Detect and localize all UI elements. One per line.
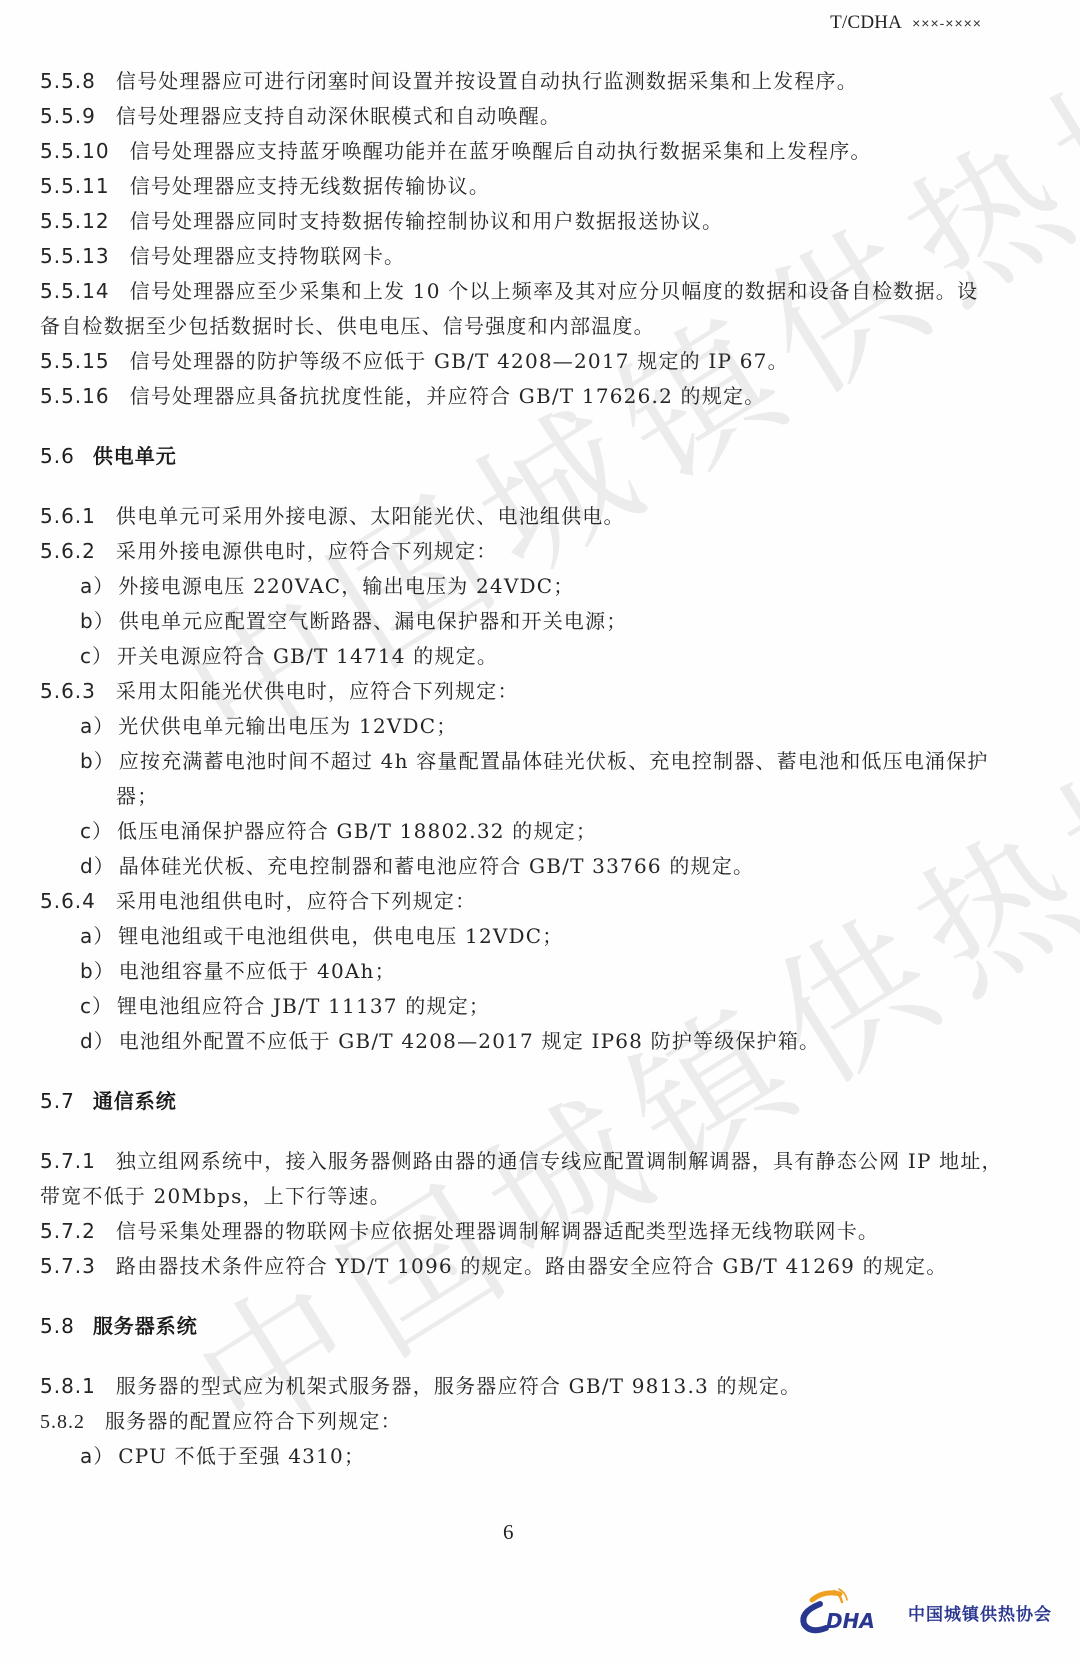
- clause-5-5-9: 5.5.9信号处理器应支持自动深休眠模式和自动唤醒。: [40, 99, 1040, 134]
- clause-number: 5.5.8: [40, 64, 96, 99]
- list-item: d）电池组外配置不应低于 GB/T 4208—2017 规定 IP68 防护等级…: [40, 1024, 1040, 1059]
- clause-5-8-2: 5.8.2服务器的配置应符合下列规定：: [40, 1404, 1040, 1439]
- list-item: c）锂电池组应符合 JB/T 11137 的规定；: [40, 989, 1040, 1024]
- clause-text: 采用太阳能光伏供电时，应符合下列规定：: [116, 679, 519, 703]
- list-item: c）开关电源应符合 GB/T 14714 的规定。: [40, 639, 1040, 674]
- list-label: d）: [80, 849, 115, 884]
- clause-5-6-1: 5.6.1供电单元可采用外接电源、太阳能光伏、电池组供电。: [40, 499, 1040, 534]
- svg-text:DHA: DHA: [826, 1609, 875, 1633]
- clause-5-7-1-cont: 带宽不低于 20Mbps，上下行等速。: [40, 1179, 1040, 1214]
- clause-5-5-13: 5.5.13信号处理器应支持物联网卡。: [40, 239, 1040, 274]
- association-logo: DHA 中国城镇供热协会: [790, 1585, 1070, 1640]
- list-text: 晶体硅光伏板、充电控制器和蓄电池应符合 GB/T 33766 的规定。: [119, 854, 754, 878]
- clause-number: 5.5.11: [40, 169, 110, 204]
- section-title: 供电单元: [93, 444, 177, 468]
- list-label: d）: [80, 1024, 115, 1059]
- clause-5-5-11: 5.5.11信号处理器应支持无线数据传输协议。: [40, 169, 1040, 204]
- list-label: b）: [80, 604, 115, 639]
- clause-5-6-2: 5.6.2采用外接电源供电时，应符合下列规定：: [40, 534, 1040, 569]
- list-item: b）电池组容量不应低于 40Ah；: [40, 954, 1040, 989]
- clause-text: 信号处理器应具备抗扰度性能，并应符合 GB/T 17626.2 的规定。: [130, 384, 766, 408]
- document-page: 中国城镇供热协会 中国城镇供热协会 T/CDHA×××-×××× 5.5.8信号…: [0, 0, 1080, 1664]
- clause-number: 5.5.9: [40, 99, 96, 134]
- clause-text: 采用电池组供电时，应符合下列规定：: [116, 889, 476, 913]
- clause-number: 5.6.3: [40, 674, 96, 709]
- list-label: b）: [80, 954, 115, 989]
- list-text: 开关电源应符合 GB/T 14714 的规定。: [117, 644, 498, 668]
- clause-number: 5.7.2: [40, 1214, 96, 1249]
- section-title: 服务器系统: [93, 1314, 198, 1338]
- list-text: CPU 不低于至强 4310；: [118, 1444, 365, 1468]
- clause-number: 5.7.1: [40, 1144, 96, 1179]
- clause-text: 信号处理器应可进行闭塞时间设置并按设置自动执行监测数据采集和上发程序。: [116, 69, 858, 93]
- clause-number: 5.5.16: [40, 379, 110, 414]
- standard-number: ×××-××××: [912, 15, 982, 31]
- section-heading-5-6: 5.6供电单元: [40, 439, 1040, 474]
- clause-text: 信号处理器应支持物联网卡。: [130, 244, 406, 268]
- clause-number: 5.5.10: [40, 134, 110, 169]
- document-body: 5.5.8信号处理器应可进行闭塞时间设置并按设置自动执行监测数据采集和上发程序。…: [40, 64, 1040, 1474]
- list-label: a）: [80, 1439, 114, 1474]
- clause-5-8-1: 5.8.1服务器的型式应为机架式服务器，服务器应符合 GB/T 9813.3 的…: [40, 1369, 1040, 1404]
- clause-text: 服务器的配置应符合下列规定：: [105, 1409, 402, 1433]
- clause-text: 供电单元可采用外接电源、太阳能光伏、电池组供电。: [116, 504, 625, 528]
- clause-5-7-1: 5.7.1独立组网系统中，接入服务器侧路由器的通信专线应配置调制解调器，具有静态…: [40, 1144, 1040, 1179]
- list-text: 电池组外配置不应低于 GB/T 4208—2017 规定 IP68 防护等级保护…: [119, 1029, 821, 1053]
- list-item: b）应按充满蓄电池时间不超过 4h 容量配置晶体硅光伏板、充电控制器、蓄电池和低…: [40, 744, 1040, 779]
- list-item: c）低压电涌保护器应符合 GB/T 18802.32 的规定；: [40, 814, 1040, 849]
- list-item: a）CPU 不低于至强 4310；: [40, 1439, 1040, 1474]
- clause-text: 采用外接电源供电时，应符合下列规定：: [116, 539, 498, 563]
- standard-header: T/CDHA×××-××××: [830, 12, 982, 34]
- clause-number: 5.8.2: [40, 1405, 85, 1440]
- clause-number: 5.5.14: [40, 274, 110, 309]
- clause-number: 5.5.13: [40, 239, 110, 274]
- clause-number: 5.7.3: [40, 1249, 96, 1284]
- clause-text: 信号处理器的防护等级不应低于 GB/T 4208—2017 规定的 IP 67。: [130, 349, 789, 373]
- list-label: c）: [80, 814, 113, 849]
- page-number: 6: [503, 1520, 514, 1545]
- clause-text: 路由器技术条件应符合 YD/T 1096 的规定。路由器安全应符合 GB/T 4…: [116, 1254, 948, 1278]
- standard-code: T/CDHA: [830, 12, 902, 33]
- list-item: b）供电单元应配置空气断路器、漏电保护器和开关电源；: [40, 604, 1040, 639]
- clause-5-5-14-cont: 备自检数据至少包括数据时长、供电电压、信号强度和内部温度。: [40, 309, 1040, 344]
- list-label: a）: [80, 709, 114, 744]
- list-item-continued: 器；: [40, 779, 1040, 814]
- clause-5-5-10: 5.5.10信号处理器应支持蓝牙唤醒功能并在蓝牙唤醒后自动执行数据采集和上发程序…: [40, 134, 1040, 169]
- list-item: a）锂电池组或干电池组供电，供电电压 12VDC；: [40, 919, 1040, 954]
- list-text: 供电单元应配置空气断路器、漏电保护器和开关电源；: [119, 609, 628, 633]
- clause-number: 5.6.1: [40, 499, 96, 534]
- section-number: 5.7: [40, 1084, 75, 1119]
- section-heading-5-8: 5.8服务器系统: [40, 1309, 1040, 1344]
- clause-text: 信号处理器应支持无线数据传输协议。: [130, 174, 490, 198]
- list-text: 锂电池组或干电池组供电，供电电压 12VDC；: [118, 924, 563, 948]
- clause-text: 服务器的型式应为机架式服务器，服务器应符合 GB/T 9813.3 的规定。: [116, 1374, 801, 1398]
- clause-number: 5.8.1: [40, 1369, 96, 1404]
- clause-5-6-3: 5.6.3采用太阳能光伏供电时，应符合下列规定：: [40, 674, 1040, 709]
- list-text: 低压电涌保护器应符合 GB/T 18802.32 的规定；: [117, 819, 597, 843]
- list-text: 应按充满蓄电池时间不超过 4h 容量配置晶体硅光伏板、充电控制器、蓄电池和低压电…: [119, 749, 989, 773]
- clause-text: 信号处理器应支持蓝牙唤醒功能并在蓝牙唤醒后自动执行数据采集和上发程序。: [130, 139, 872, 163]
- clause-text: 独立组网系统中，接入服务器侧路由器的通信专线应配置调制解调器，具有静态公网 IP…: [116, 1149, 1003, 1173]
- clause-5-6-4: 5.6.4采用电池组供电时，应符合下列规定：: [40, 884, 1040, 919]
- list-label: c）: [80, 989, 113, 1024]
- section-heading-5-7: 5.7通信系统: [40, 1084, 1040, 1119]
- clause-5-7-3: 5.7.3路由器技术条件应符合 YD/T 1096 的规定。路由器安全应符合 G…: [40, 1249, 1040, 1284]
- clause-text-continued: 带宽不低于 20Mbps，上下行等速。: [40, 1184, 391, 1208]
- clause-5-5-8: 5.5.8信号处理器应可进行闭塞时间设置并按设置自动执行监测数据采集和上发程序。: [40, 64, 1040, 99]
- list-label: c）: [80, 639, 113, 674]
- clause-5-7-2: 5.7.2信号采集处理器的物联网卡应依据处理器调制解调器适配类型选择无线物联网卡…: [40, 1214, 1040, 1249]
- list-text: 光伏供电单元输出电压为 12VDC；: [118, 714, 457, 738]
- list-item: a）外接电源电压 220VAC，输出电压为 24VDC；: [40, 569, 1040, 604]
- cdha-logo-icon: DHA: [790, 1588, 900, 1638]
- list-text: 外接电源电压 220VAC，输出电压为 24VDC；: [118, 574, 574, 598]
- clause-number: 5.6.4: [40, 884, 96, 919]
- section-number: 5.6: [40, 439, 75, 474]
- list-label: a）: [80, 919, 114, 954]
- section-number: 5.8: [40, 1309, 75, 1344]
- clause-number: 5.6.2: [40, 534, 96, 569]
- list-text-continued: 器；: [116, 784, 158, 808]
- list-text: 锂电池组应符合 JB/T 11137 的规定；: [117, 994, 490, 1018]
- clause-5-5-14: 5.5.14信号处理器应至少采集和上发 10 个以上频率及其对应分贝幅度的数据和…: [40, 274, 1040, 309]
- association-name: 中国城镇供热协会: [908, 1600, 1052, 1625]
- clause-text-continued: 备自检数据至少包括数据时长、供电电压、信号强度和内部温度。: [40, 314, 655, 338]
- clause-5-5-16: 5.5.16信号处理器应具备抗扰度性能，并应符合 GB/T 17626.2 的规…: [40, 379, 1040, 414]
- list-text: 电池组容量不应低于 40Ah；: [119, 959, 396, 983]
- clause-text: 信号处理器应同时支持数据传输控制协议和用户数据报送协议。: [130, 209, 724, 233]
- list-label: a）: [80, 569, 114, 604]
- clause-number: 5.5.12: [40, 204, 110, 239]
- section-title: 通信系统: [93, 1089, 177, 1113]
- list-item: a）光伏供电单元输出电压为 12VDC；: [40, 709, 1040, 744]
- clause-text: 信号处理器应至少采集和上发 10 个以上频率及其对应分贝幅度的数据和设备自检数据…: [130, 279, 979, 303]
- list-item: d）晶体硅光伏板、充电控制器和蓄电池应符合 GB/T 33766 的规定。: [40, 849, 1040, 884]
- clause-5-5-12: 5.5.12信号处理器应同时支持数据传输控制协议和用户数据报送协议。: [40, 204, 1040, 239]
- clause-text: 信号处理器应支持自动深休眠模式和自动唤醒。: [116, 104, 561, 128]
- clause-5-5-15: 5.5.15信号处理器的防护等级不应低于 GB/T 4208—2017 规定的 …: [40, 344, 1040, 379]
- clause-number: 5.5.15: [40, 344, 110, 379]
- list-label: b）: [80, 744, 115, 779]
- clause-text: 信号采集处理器的物联网卡应依据处理器调制解调器适配类型选择无线物联网卡。: [116, 1219, 879, 1243]
